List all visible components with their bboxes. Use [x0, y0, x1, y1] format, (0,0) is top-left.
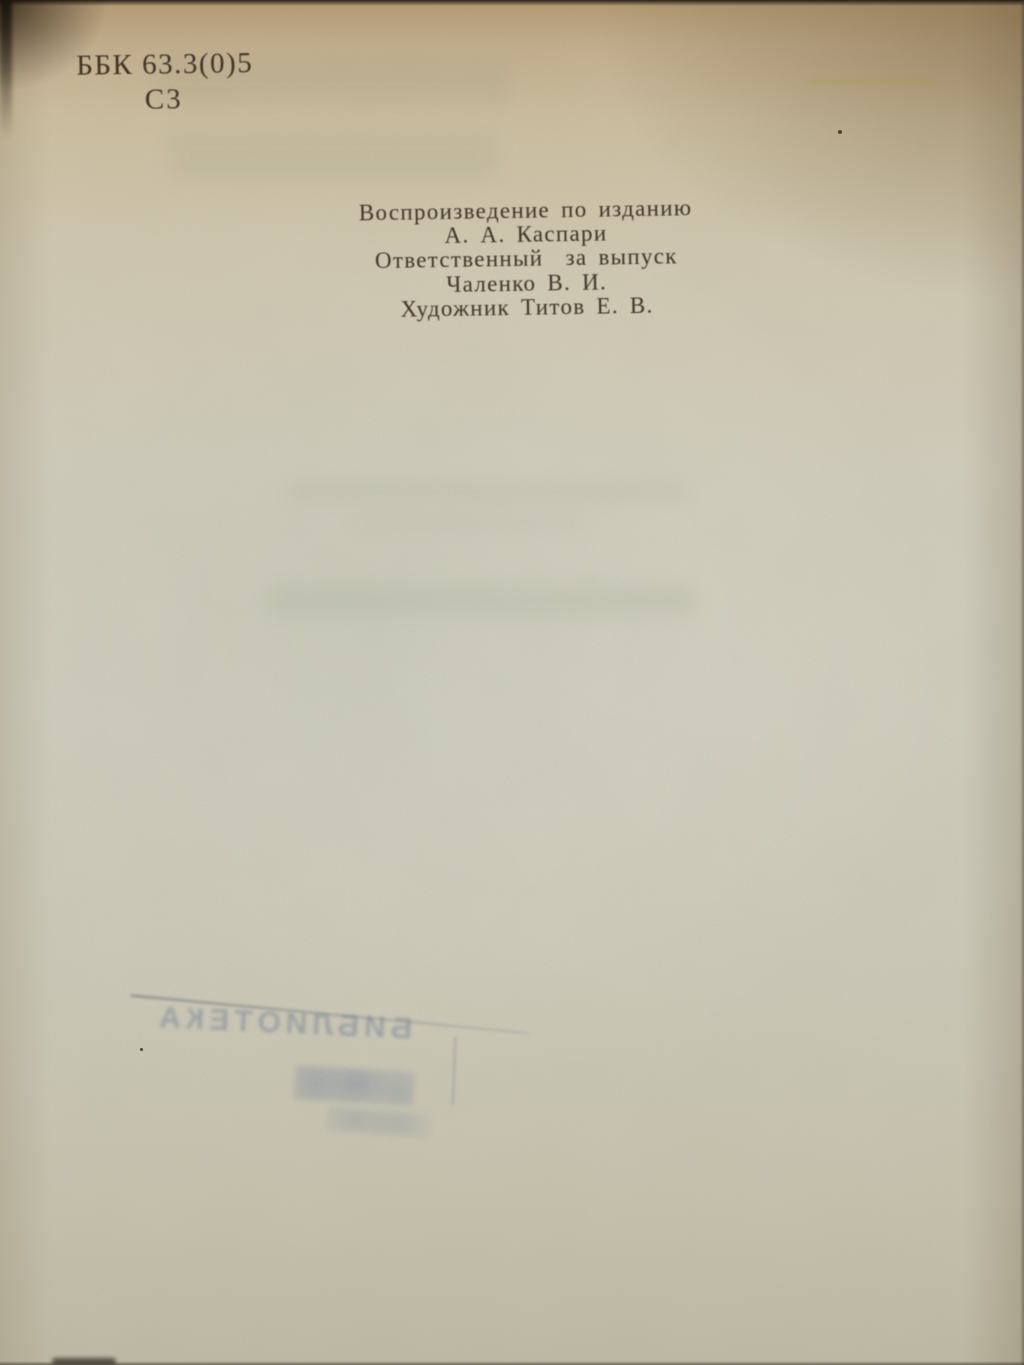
library-stamp-mirrored: БИБЛИОТЕКА: [117, 999, 413, 1046]
book-imprint-page-photo: ББК 63.3(0)5 С3 Воспроизведение по издан…: [0, 0, 1024, 1365]
photo-edge-right: [1020, 0, 1024, 1365]
stamp-ink-smudge: [452, 1037, 456, 1105]
paper-speck: [838, 130, 842, 134]
paper-stain-streak: [808, 80, 938, 84]
photo-edge-top: [0, 0, 1024, 6]
stamp-ink-smudge: [293, 1065, 415, 1105]
photo-edge-corner-mark: [52, 1358, 116, 1365]
imprint-block: Воспроизведение по изданию А. А. Каспари…: [275, 195, 777, 324]
photo-edge-bottom: [0, 1361, 1024, 1365]
bbk-code-line: ББК 63.3(0)5: [76, 46, 253, 84]
photo-edge-left: [0, 0, 12, 140]
paper-speck: [140, 1048, 143, 1051]
bbk-classification-code: ББК 63.3(0)5 С3: [76, 46, 254, 119]
printed-ink-layer: ББК 63.3(0)5 С3 Воспроизведение по издан…: [0, 0, 1024, 1365]
stamp-ink-smudge: [326, 1106, 431, 1137]
bbk-author-sign: С3: [77, 81, 254, 119]
